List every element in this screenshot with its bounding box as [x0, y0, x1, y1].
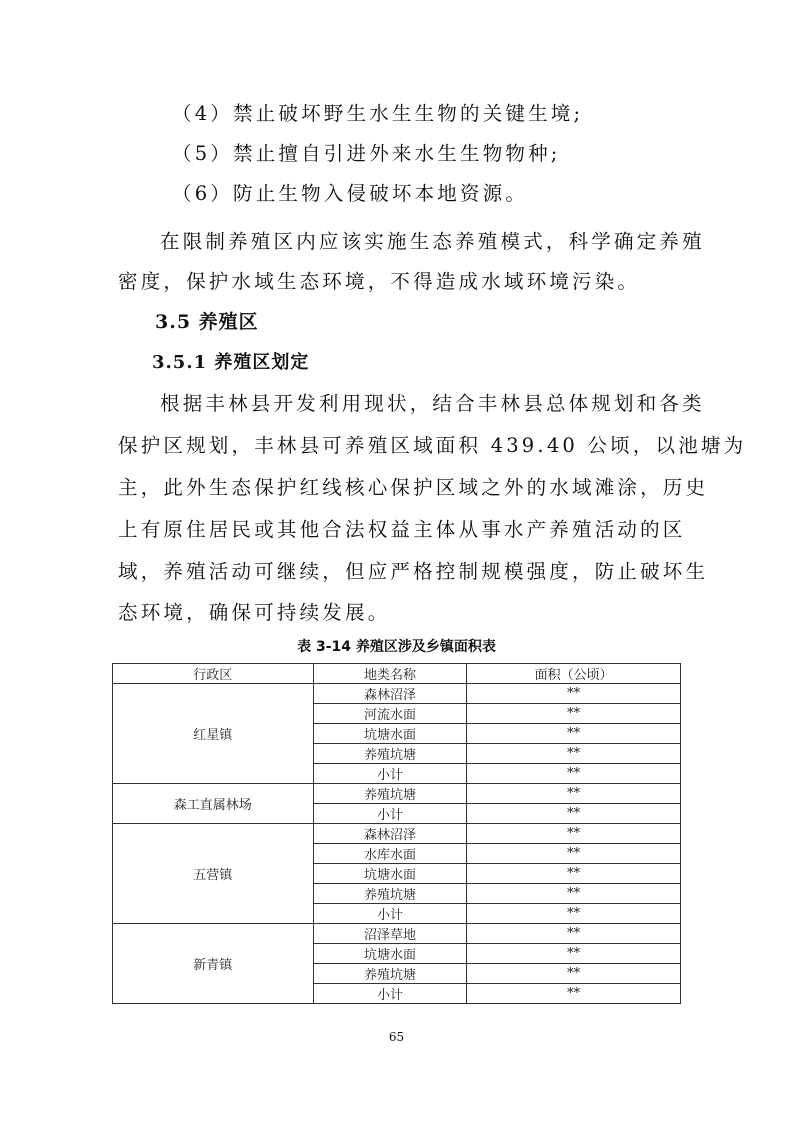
landtype-cell: 河流水面: [313, 704, 467, 724]
landtype-cell: 坑塘水面: [313, 864, 467, 884]
area-cell: **: [467, 964, 681, 984]
landtype-cell: 森林沼泽: [313, 824, 467, 844]
landtype-cell: 小计: [313, 804, 467, 824]
region-cell: 森工直属林场: [113, 784, 314, 824]
landtype-cell: 小计: [313, 904, 467, 924]
paragraph-line: 保护区规划，丰林县可养殖区域面积 439.40 公顷，以池塘为: [118, 430, 746, 458]
list-item-4: （4）禁止破坏野生水生生物的关键生境;: [172, 98, 583, 126]
paragraph-line: 主，此外生态保护红线核心保护区域之外的水域滩涂，历史: [118, 472, 708, 500]
area-cell: **: [467, 764, 681, 784]
area-cell: **: [467, 724, 681, 744]
landtype-cell: 养殖坑塘: [313, 884, 467, 904]
area-cell: **: [467, 684, 681, 704]
area-cell: **: [467, 844, 681, 864]
landtype-cell: 沼泽草地: [313, 924, 467, 944]
landtype-cell: 小计: [313, 764, 467, 784]
area-cell: **: [467, 744, 681, 764]
landtype-cell: 水库水面: [313, 844, 467, 864]
section-heading: 3.5 养殖区: [155, 307, 259, 334]
page-number: 65: [0, 1030, 793, 1044]
region-cell: 红星镇: [113, 684, 314, 784]
paragraph-line: 密度，保护水域生态环境，不得造成水域环境污染。: [118, 266, 640, 294]
list-item-6: （6）防止生物入侵破坏本地资源。: [172, 178, 528, 206]
landtype-cell: 坑塘水面: [313, 944, 467, 964]
landtype-cell: 森林沼泽: [313, 684, 467, 704]
paragraph-line: 域，养殖活动可继续，但应严格控制规模强度，防止破坏生: [118, 556, 708, 584]
paragraph-line: 上有原住居民或其他合法权益主体从事水产养殖活动的区: [118, 514, 686, 542]
table-row: 五营镇森林沼泽**: [113, 824, 681, 844]
header-area: 面积（公顷）: [467, 664, 681, 684]
area-cell: **: [467, 804, 681, 824]
landtype-cell: 养殖坑塘: [313, 964, 467, 984]
area-cell: **: [467, 924, 681, 944]
landtype-cell: 坑塘水面: [313, 724, 467, 744]
area-table: 行政区 地类名称 面积（公顷） 红星镇森林沼泽**河流水面**坑塘水面**养殖坑…: [112, 663, 681, 1004]
paragraph-line: 态环境，确保可持续发展。: [118, 597, 390, 625]
landtype-cell: 养殖坑塘: [313, 784, 467, 804]
table-caption: 表 3-14 养殖区涉及乡镇面积表: [0, 636, 793, 656]
area-cell: **: [467, 904, 681, 924]
list-item-5: （5）禁止擅自引进外来水生生物物种;: [172, 138, 561, 166]
region-cell: 五营镇: [113, 824, 314, 924]
table-row: 森工直属林场养殖坑塘**: [113, 784, 681, 804]
paragraph-line: 在限制养殖区内应该实施生态养殖模式，科学确定养殖: [160, 226, 705, 254]
landtype-cell: 小计: [313, 984, 467, 1004]
area-cell: **: [467, 884, 681, 904]
region-cell: 新青镇: [113, 924, 314, 1004]
header-region: 行政区: [113, 664, 314, 684]
table-row: 新青镇沼泽草地**: [113, 924, 681, 944]
paragraph-line: 根据丰林县开发利用现状，结合丰林县总体规划和各类: [160, 388, 705, 416]
header-landtype: 地类名称: [313, 664, 467, 684]
area-cell: **: [467, 784, 681, 804]
area-cell: **: [467, 824, 681, 844]
area-cell: **: [467, 704, 681, 724]
landtype-cell: 养殖坑塘: [313, 744, 467, 764]
table-row: 红星镇森林沼泽**: [113, 684, 681, 704]
subsection-heading: 3.5.1 养殖区划定: [152, 348, 309, 374]
area-cell: **: [467, 984, 681, 1004]
table-header-row: 行政区 地类名称 面积（公顷）: [113, 664, 681, 684]
area-cell: **: [467, 864, 681, 884]
area-cell: **: [467, 944, 681, 964]
